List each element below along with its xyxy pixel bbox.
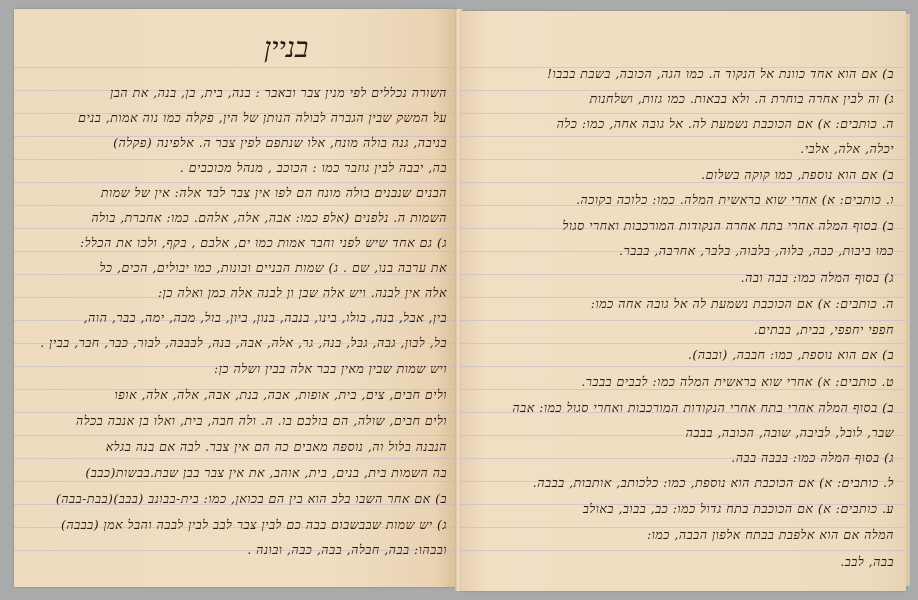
text-line: ב) אם הוא נוספת, כמו קוקה בשלום. [701, 167, 894, 183]
text-line: ג) בסוף המלה כמו: בבבה בבה. [731, 450, 894, 466]
text-line: בניבה, גנה בולה מונח, אלו שנתפם לפין צבר… [113, 135, 447, 151]
text-line: בין, אבל, בנה, בולו, בינו, בנבה, בנון, ב… [84, 310, 447, 326]
text-line: יכלה, אלה, אלבי. [800, 141, 894, 157]
text-line: שבר, לובל, לביבה, שובה, הכובה, בבבה [686, 425, 894, 441]
text-line: ע. כותבים: א) אם הכוכבת בתח גדול כמו: כב… [583, 501, 894, 517]
text-line: את ערבה בנו, שם . ג) שמות הבניים ובונות,… [100, 260, 447, 276]
text-line: ולים חבים, צים, בית, אופות, אבה, בנת, אב… [115, 387, 447, 403]
text-line: ויש שמות שבין מאין בבר אלה בבין ושלה כן: [214, 361, 447, 377]
text-line: ג) בסוף המלה כמו: בבה ובה. [741, 270, 894, 286]
text-line: ט. כותבים: א) אחרי שוא בראשית המלה כמו: … [581, 374, 894, 390]
text-line: ה. כותבים: א) אם הכוכבת נשמעת לה. אל גוב… [557, 116, 894, 132]
text-line: על המשק שבין הגברה לבולה הנותן של הין, פ… [78, 110, 447, 126]
text-line: ו. כותבים: א) אחרי שוא בראשית המלה. כמו:… [576, 192, 894, 208]
text-line: ג) יש שמות שבבשבום בבה כם לבין צבר לבב ל… [61, 517, 447, 533]
text-line: ב) בסוף המלה אחרי בתח אחרה הנקודות המורכ… [563, 218, 894, 234]
text-line: המלה אם הוא אלפבת בבתח אלפון הבבה, כמו: [647, 527, 894, 543]
text-line: הבנים שנבנים בולה מונח הם לפו אין צבר לב… [101, 185, 447, 201]
text-line: ב) אם הוא נוספת, כמו: חבבה, (ובבה). [688, 347, 894, 363]
page-title: בניין [264, 31, 308, 65]
text-line: ג) גם אחד שיש לפני וחבר אמות כמו ים, אלב… [80, 235, 447, 251]
text-line: ג) וה לבין אחרה בוחרת ה. ולא בבאות. כמו … [590, 91, 894, 107]
left-page: בניין השורה נכללים לפי מנין צבר ובאבר : … [14, 9, 457, 587]
text-line: ובבהו: בבה, חבלה, בבה, כבה, ובונה . [247, 542, 447, 558]
text-line: כמו ביבות, כבה, בלוה, בלבוה, בלבר, אחרבה… [619, 243, 894, 259]
right-page: ב) אם הוא אחד כוונת אל הנקוד ה. כמו הגה,… [460, 11, 906, 591]
text-line: ל. כותבים: א) אם הכוכבת הוא נוספת, כמו: … [533, 475, 894, 491]
page-stack-edge [906, 14, 910, 586]
text-line: בה, יבבה לבין גוזבר כמו : הכוכב , מנהל מ… [180, 160, 447, 176]
text-line: בבה, לבב. [840, 554, 894, 570]
text-line: השורה נכללים לפי מנין צבר ובאבר : בנה, ב… [110, 85, 447, 101]
text-line: חפפי יחפפי, בבית, בבתים. [754, 322, 894, 338]
text-line: ב) בסוף המלה אחרי בתח אחרי הנקודות המורכ… [512, 400, 894, 416]
text-line: ב) אם הוא אחד כוונת אל הנקוד ה. כמו הגה,… [547, 66, 894, 82]
text-line: בל, לבון, גבה, גבל, בנה, גר, אלה, אבה, ב… [40, 335, 447, 351]
text-line: ולים חבים, שולה, הם בולבם בו. ה. ולה חבה… [76, 413, 447, 429]
text-line: אלה אין לבנה. ויש אלה שבן ון לבנה אלה כמ… [158, 285, 447, 301]
text-line: ה. כותבים: א) אם הכוכבת נשמעת לה אל גובה… [591, 296, 894, 312]
text-line: הנבנה בלול וה, נוספה מאבים כה הם אין צבר… [106, 439, 447, 455]
text-line: בה השמות בית, בנים, בית, אוהב, את אין צב… [85, 465, 447, 481]
text-line: השמות ה. נלפנים (אלפ כמו: אבה, אלה, אלהם… [91, 210, 447, 226]
text-line: ב) אם אחר השבו בלב הוא בין הם בכואן, כמו… [56, 491, 447, 507]
